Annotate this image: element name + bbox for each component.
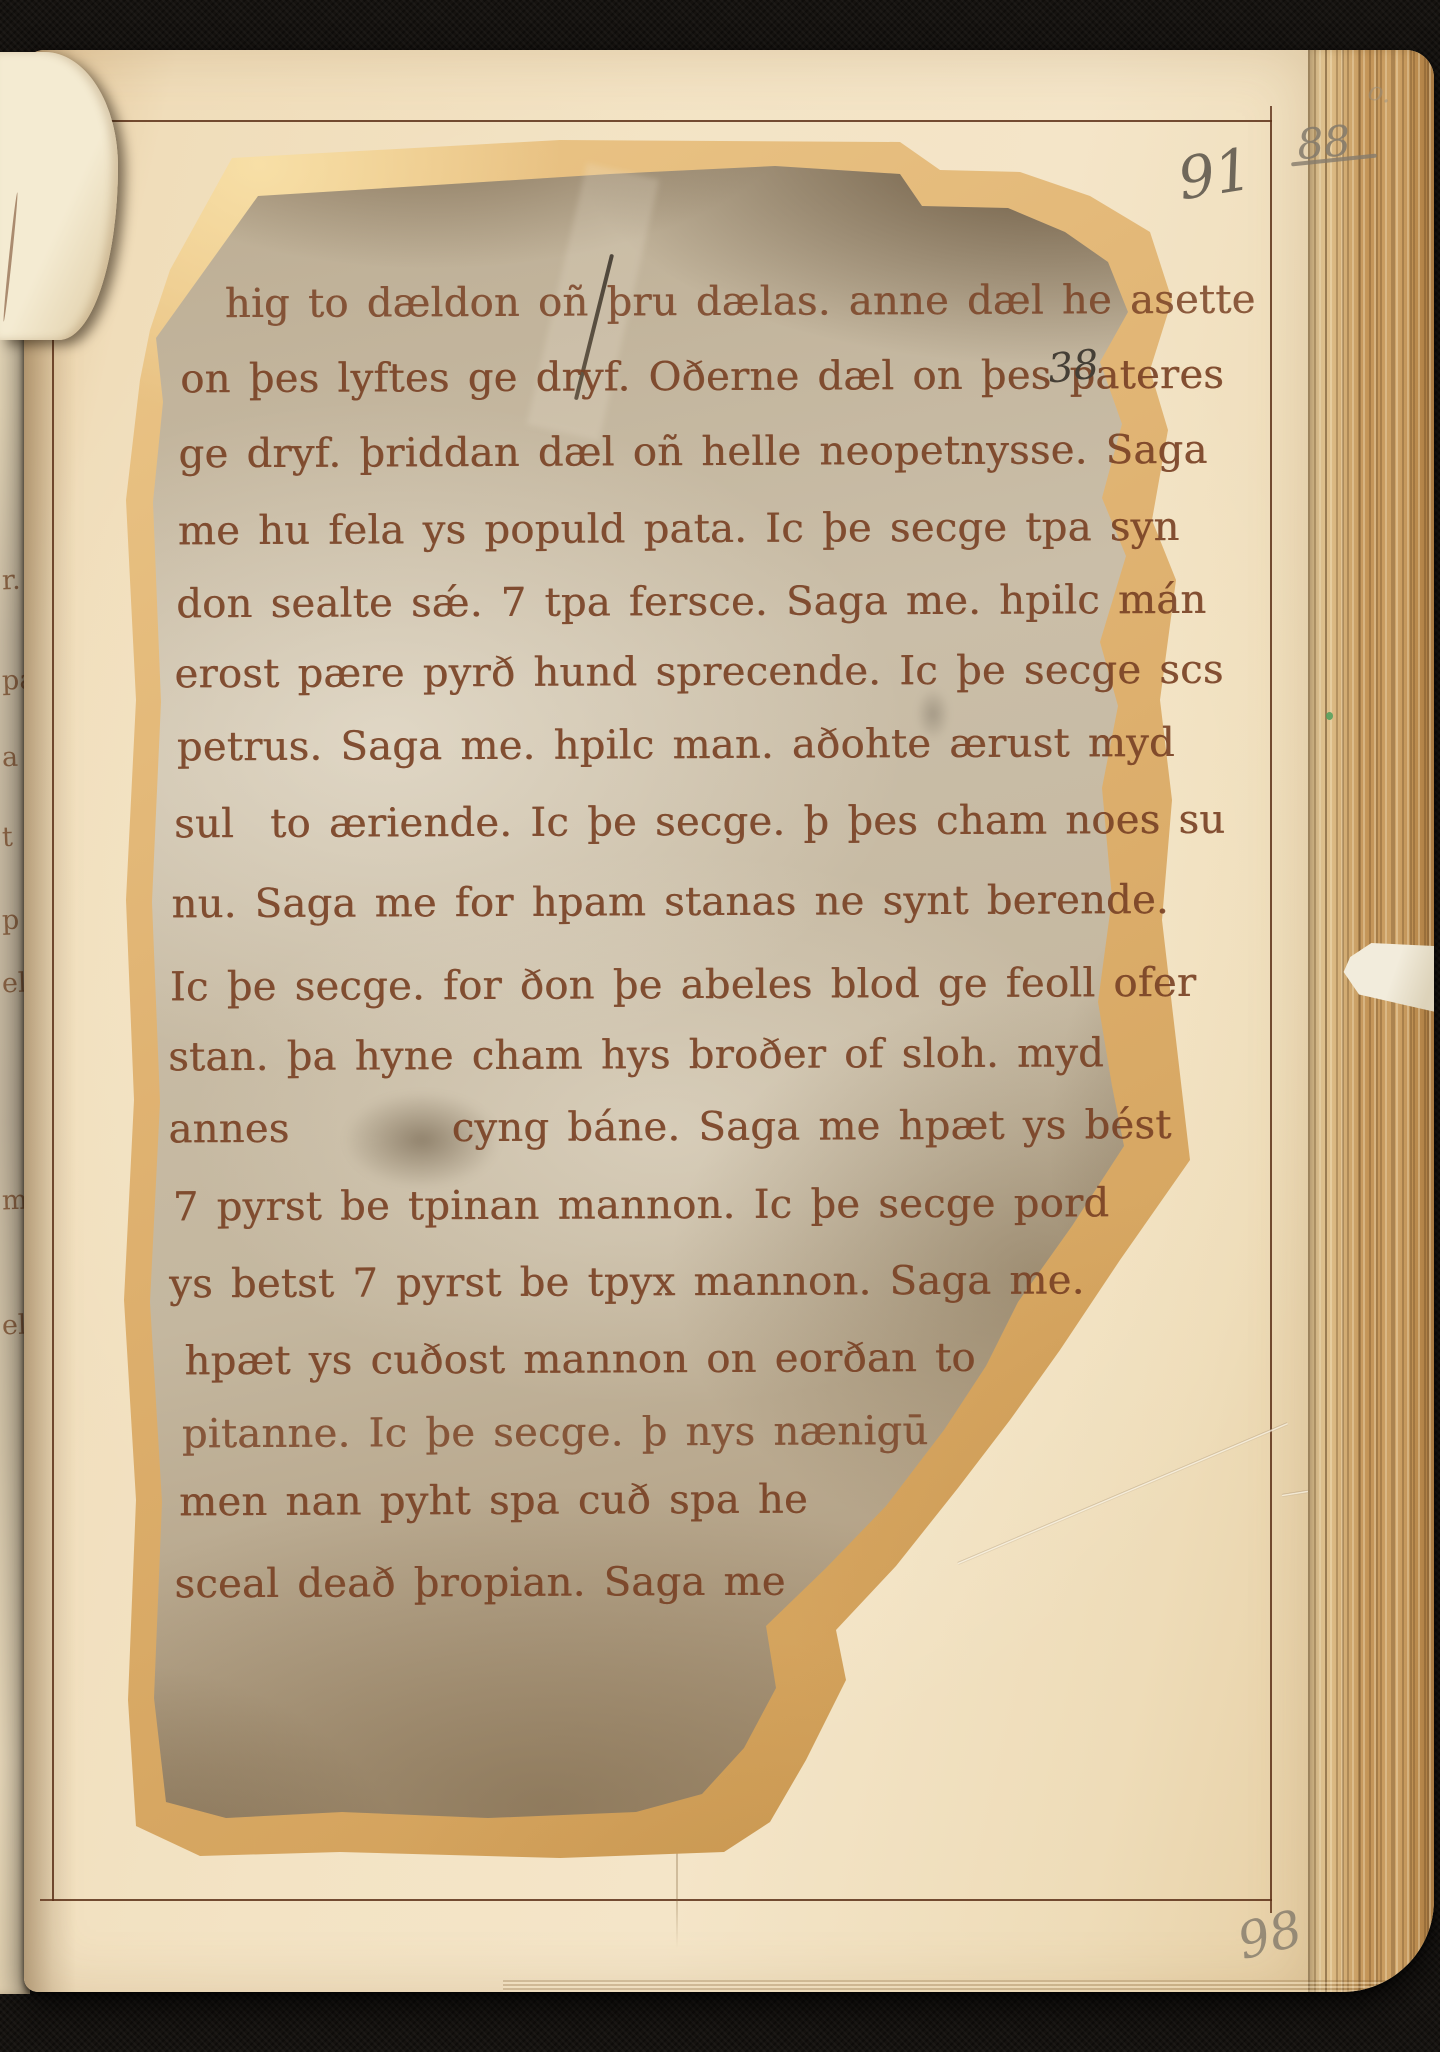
text-line: sceal deað þropian. Saga me bbox=[174, 1562, 785, 1605]
text-line: annes cyng báne. Saga me hpæt ys bést bbox=[168, 1105, 1171, 1149]
text-line: ys betst 7 pyrst be tpyx mannon. Saga me… bbox=[169, 1260, 1085, 1304]
manuscript-photograph: r.paatpelmel hig to dældon oñ þr bbox=[0, 0, 1440, 2052]
text-line: sul to æriende. Ic þe secge. þ þes cham … bbox=[174, 800, 1225, 845]
text-line: men nan pyht spa cuð spa he bbox=[179, 1480, 808, 1523]
text-line: erost pære pyrð hund sprecende. Ic þe se… bbox=[174, 650, 1223, 695]
mounted-fragment-area: hig to dældon oñ þru dælas. anne dæl he … bbox=[0, 0, 1440, 2052]
text-line: petrus. Saga me. hpilc man. aðohte ærust… bbox=[177, 723, 1175, 767]
manuscript-text: hig to dældon oñ þru dælas. anne dæl he … bbox=[0, 0, 1440, 2052]
folio-number: 91 bbox=[1173, 135, 1257, 214]
text-line: ge dryf. þriddan dæl oñ helle neopetnyss… bbox=[178, 430, 1207, 474]
text-line: hpæt ys cuðost mannon on eorðan to bbox=[184, 1338, 975, 1381]
text-line: stan. þa hyne cham hys broðer of sloh. m… bbox=[168, 1033, 1104, 1077]
text-line: me hu fela ys populd pata. Ic þe secge t… bbox=[178, 507, 1180, 551]
text-line: pitanne. Ic þe secge. þ nys nænigū bbox=[182, 1411, 929, 1454]
text-line: hig to dældon oñ þru dælas. anne dæl he … bbox=[225, 280, 1256, 324]
fragment-ink-number: 38 bbox=[1046, 341, 1101, 392]
text-line: don sealte sǽ. 7 tpa fersce. Saga me. hp… bbox=[176, 580, 1206, 624]
text-line: nu. Saga me for hpam stanas ne synt bere… bbox=[171, 880, 1169, 924]
text-line: 7 pyrst be tpinan mannon. Ic þe secge po… bbox=[173, 1183, 1110, 1227]
text-line: Ic þe secge. for ðon þe abeles blod ge f… bbox=[170, 963, 1197, 1007]
